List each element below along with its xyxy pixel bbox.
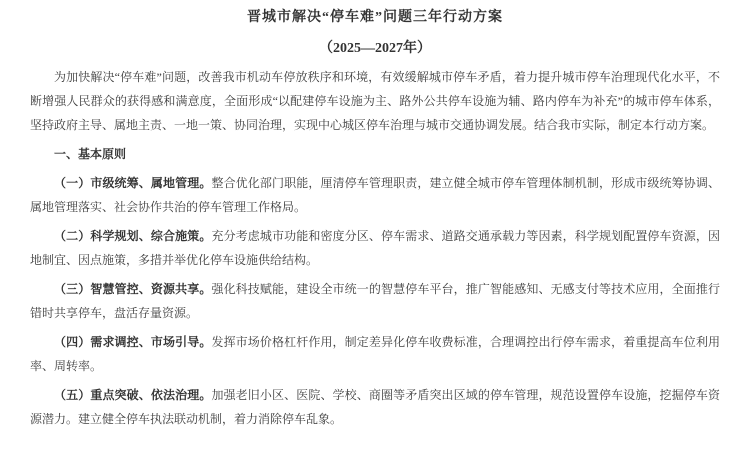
item-lead-4: （四）需求调控、市场引导。 [54,335,211,349]
intro-paragraph: 为加快解决“停车难”问题，改善我市机动车停放秩序和环境，有效缓解城市停车矛盾，着… [30,65,720,137]
policy-item-5: （五）重点突破、依法治理。加强老旧小区、医院、学校、商圈等矛盾突出区域的停车管理… [30,383,720,431]
policy-item-3: （三）智慧管控、资源共享。强化科技赋能，建设全市统一的智慧停车平台，推广智能感知… [30,277,720,325]
document-page: 晋城市解决“停车难”问题三年行动方案 （2025—2027年） 为加快解决“停车… [0,0,750,453]
item-lead-2: （二）科学规划、综合施策。 [54,229,211,243]
item-lead-1: （一）市级统筹、属地管理。 [54,176,211,190]
doc-title: 晋城市解决“停车难”问题三年行动方案 [30,6,720,30]
policy-item-4: （四）需求调控、市场引导。发挥市场价格杠杆作用，制定差异化停车收费标准，合理调控… [30,330,720,378]
section-heading: 一、基本原则 [54,147,126,161]
doc-body: 为加快解决“停车难”问题，改善我市机动车停放秩序和环境，有效缓解城市停车矛盾，着… [30,65,720,431]
item-lead-3: （三）智慧管控、资源共享。 [54,282,211,296]
section-heading-paragraph: 一、基本原则 [30,142,720,166]
doc-subtitle: （2025—2027年） [30,37,720,61]
policy-item-2: （二）科学规划、综合施策。充分考虑城市功能和密度分区、停车需求、道路交通承载力等… [30,224,720,272]
item-lead-5: （五）重点突破、依法治理。 [54,388,211,402]
policy-item-1: （一）市级统筹、属地管理。整合优化部门职能，厘清停车管理职责，建立健全城市停车管… [30,171,720,219]
